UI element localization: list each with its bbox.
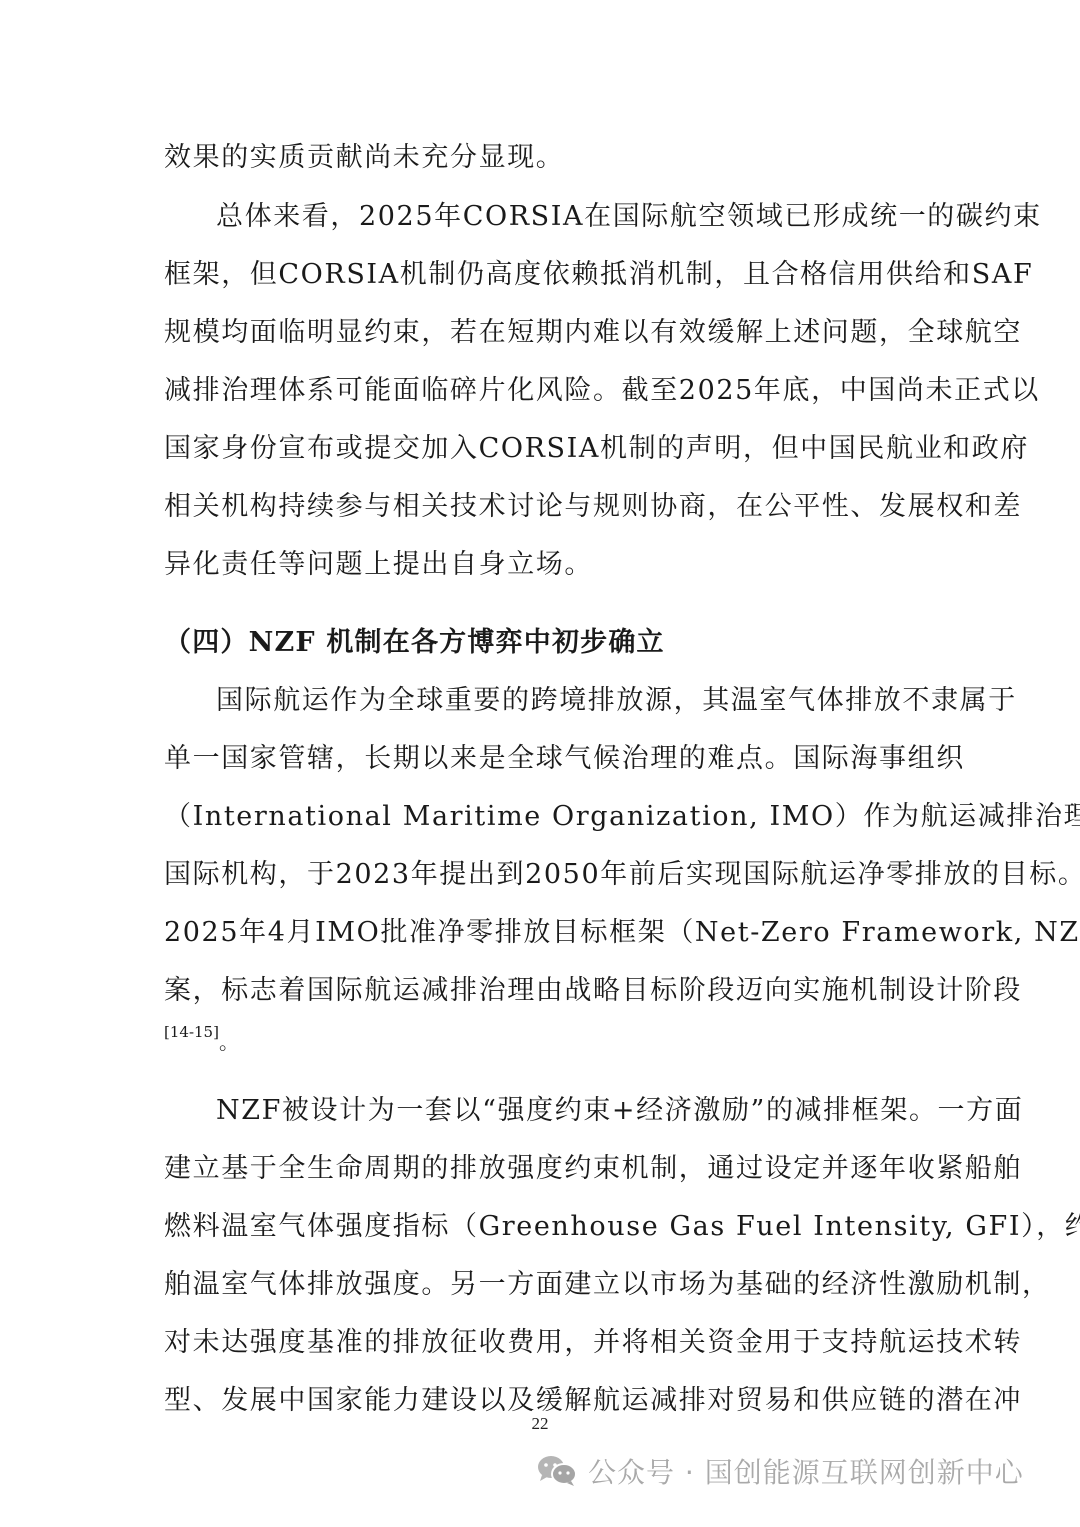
citation-line: [14-15]。 [164,1024,916,1058]
text-line: 建立基于全生命周期的排放强度约束机制，通过设定并逐年收紧船舶 [164,1152,916,1186]
text-line: 国际机构，于2023年提出到2050年前后实现国际航运净零排放的目标。 [164,858,916,892]
text-line: 单一国家管辖，长期以来是全球气候治理的难点。国际海事组织 [164,742,916,776]
section-heading: （四）NZF 机制在各方博弈中初步确立 [164,626,916,660]
watermark: 公众号 · 国创能源互联网创新中心 [536,1452,1024,1490]
text-line: 国际航运作为全球重要的跨境排放源，其温室气体排放不隶属于 [216,684,916,718]
text-line: 框架，但CORSIA机制仍高度依赖抵消机制，且合格信用供给和SAF [164,258,916,292]
text-line: 型、发展中国家能力建设以及缓解航运减排对贸易和供应链的潜在冲 [164,1384,916,1418]
text-line: 国家身份宣布或提交加入CORSIA机制的声明，但中国民航业和政府 [164,432,916,466]
text-line: 减排治理体系可能面临碎片化风险。截至2025年底，中国尚未正式以 [164,374,916,408]
text-line: 2025年4月IMO批准净零排放目标框架（Net-Zero Framework,… [164,916,916,950]
text-line: 效果的实质贡献尚未充分显现。 [164,141,916,175]
citation-reference[interactable]: [14-15] [164,1023,219,1041]
text-line: 规模均面临明显约束，若在短期内难以有效缓解上述问题，全球航空 [164,316,916,350]
text-line: 对未达强度基准的排放征收费用，并将相关资金用于支持航运技术转 [164,1326,916,1360]
wechat-icon [536,1454,578,1488]
page-number: 22 [520,1414,560,1434]
text-line: （International Maritime Organization, IM… [164,800,916,834]
text-line: 舶温室气体排放强度。另一方面建立以市场为基础的经济性激励机制， [164,1268,916,1302]
text-line: 案，标志着国际航运减排治理由战略目标阶段迈向实施机制设计阶段 [164,974,916,1008]
citation-period: 。 [219,1030,241,1054]
watermark-text: 公众号 · 国创能源互联网创新中心 [588,1451,1024,1491]
text-line: NZF被设计为一套以“强度约束+经济激励”的减排框架。一方面 [216,1094,916,1128]
text-line: 异化责任等问题上提出自身立场。 [164,548,916,582]
text-line: 总体来看，2025年CORSIA在国际航空领域已形成统一的碳约束 [216,200,916,234]
text-line: 相关机构持续参与相关技术讨论与规则协商，在公平性、发展权和差 [164,490,916,524]
text-line: 燃料温室气体强度指标（Greenhouse Gas Fuel Intensity… [164,1210,916,1244]
